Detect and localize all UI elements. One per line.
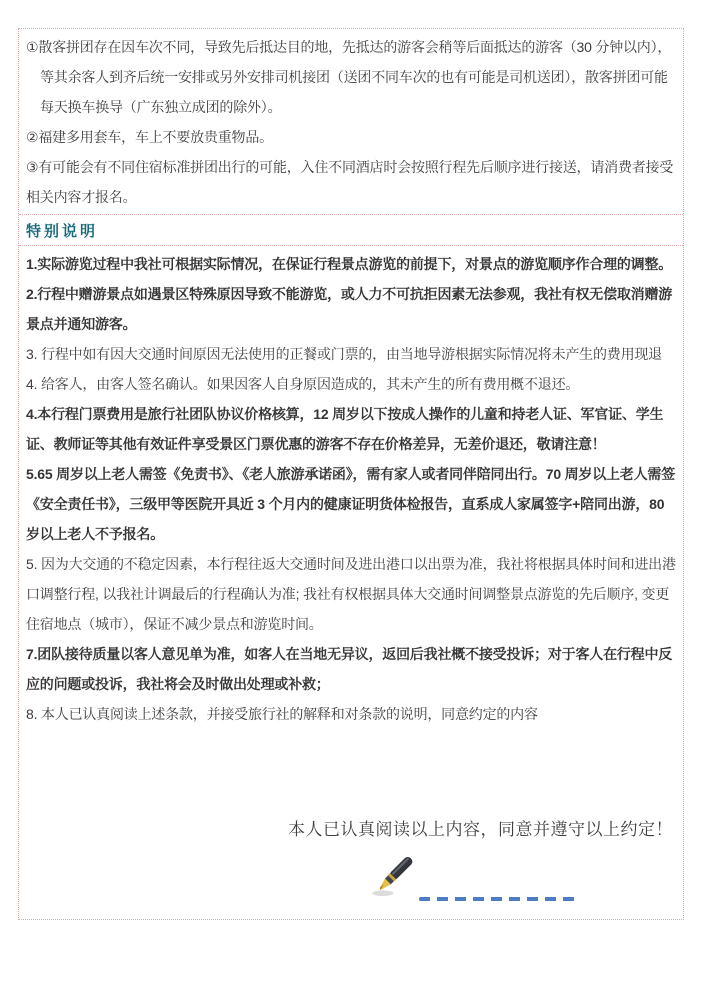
term-item: 8. 本人已认真阅读上述条款，并接受旅行社的解释和对条款的说明，同意约定的内容 [26, 699, 676, 729]
term-item: 4.本行程门票费用是旅行社团队协议价格核算，12 周岁以下按成人操作的儿童和持老… [26, 399, 676, 459]
signature-dash-line [419, 897, 581, 901]
fountain-pen-icon [369, 847, 421, 907]
document-page: ①散客拼团存在因车次不同，导致先后抵达目的地，先抵达的游客会稍等后面抵达的游客（… [0, 0, 702, 993]
special-notes-title: 特别说明 [26, 223, 98, 240]
intro-item: ③有可能会有不同住宿标准拼团出行的可能，入住不同酒店时会按照行程先后顺序进行接送… [26, 152, 676, 212]
signature-area: 本人已认真阅读以上内容，同意并遵守以上约定！ [19, 817, 683, 913]
special-notes-header: 特别说明 [19, 215, 683, 246]
intro-item: ①散客拼团存在因车次不同，导致先后抵达目的地，先抵达的游客会稍等后面抵达的游客（… [26, 32, 676, 122]
term-item: 3. 行程中如有因大交通时间原因无法使用的正餐或门票的，由当地导游根据实际情况将… [26, 339, 676, 369]
signature-statement: 本人已认真阅读以上内容，同意并遵守以上约定！ [19, 817, 683, 843]
term-item: 2.行程中赠游景点如遇景区特殊原因导致不能游览，或人力不可抗拒因素无法参观，我社… [26, 279, 676, 339]
term-item: 4. 给客人，由客人签名确认。如果因客人自身原因造成的，其未产生的所有费用概不退… [26, 369, 676, 399]
term-item: 7.团队接待质量以客人意见单为准，如客人在当地无异议，返回后我社概不接受投诉；对… [26, 639, 676, 699]
terms-document-box: ①散客拼团存在因车次不同，导致先后抵达目的地，先抵达的游客会稍等后面抵达的游客（… [18, 28, 684, 920]
intro-item: ②福建多用套车，车上不要放贵重物品。 [26, 122, 676, 152]
term-item: 5. 因为大交通的不稳定因素，本行程往返大交通时间及进出港口以出票为准，我社将根… [26, 549, 676, 639]
signature-row [19, 847, 683, 913]
term-item: 1.实际游览过程中我社可根据实际情况，在保证行程景点游览的前提下，对景点的游览顺… [26, 249, 676, 279]
term-item: 5.65 周岁以上老人需签《免责书》、《老人旅游承诺函》，需有家人或者同伴陪同出… [26, 459, 676, 549]
terms-section: 1.实际游览过程中我社可根据实际情况，在保证行程景点游览的前提下，对景点的游览顺… [19, 246, 683, 731]
intro-section: ①散客拼团存在因车次不同，导致先后抵达目的地，先抵达的游客会稍等后面抵达的游客（… [19, 29, 683, 215]
